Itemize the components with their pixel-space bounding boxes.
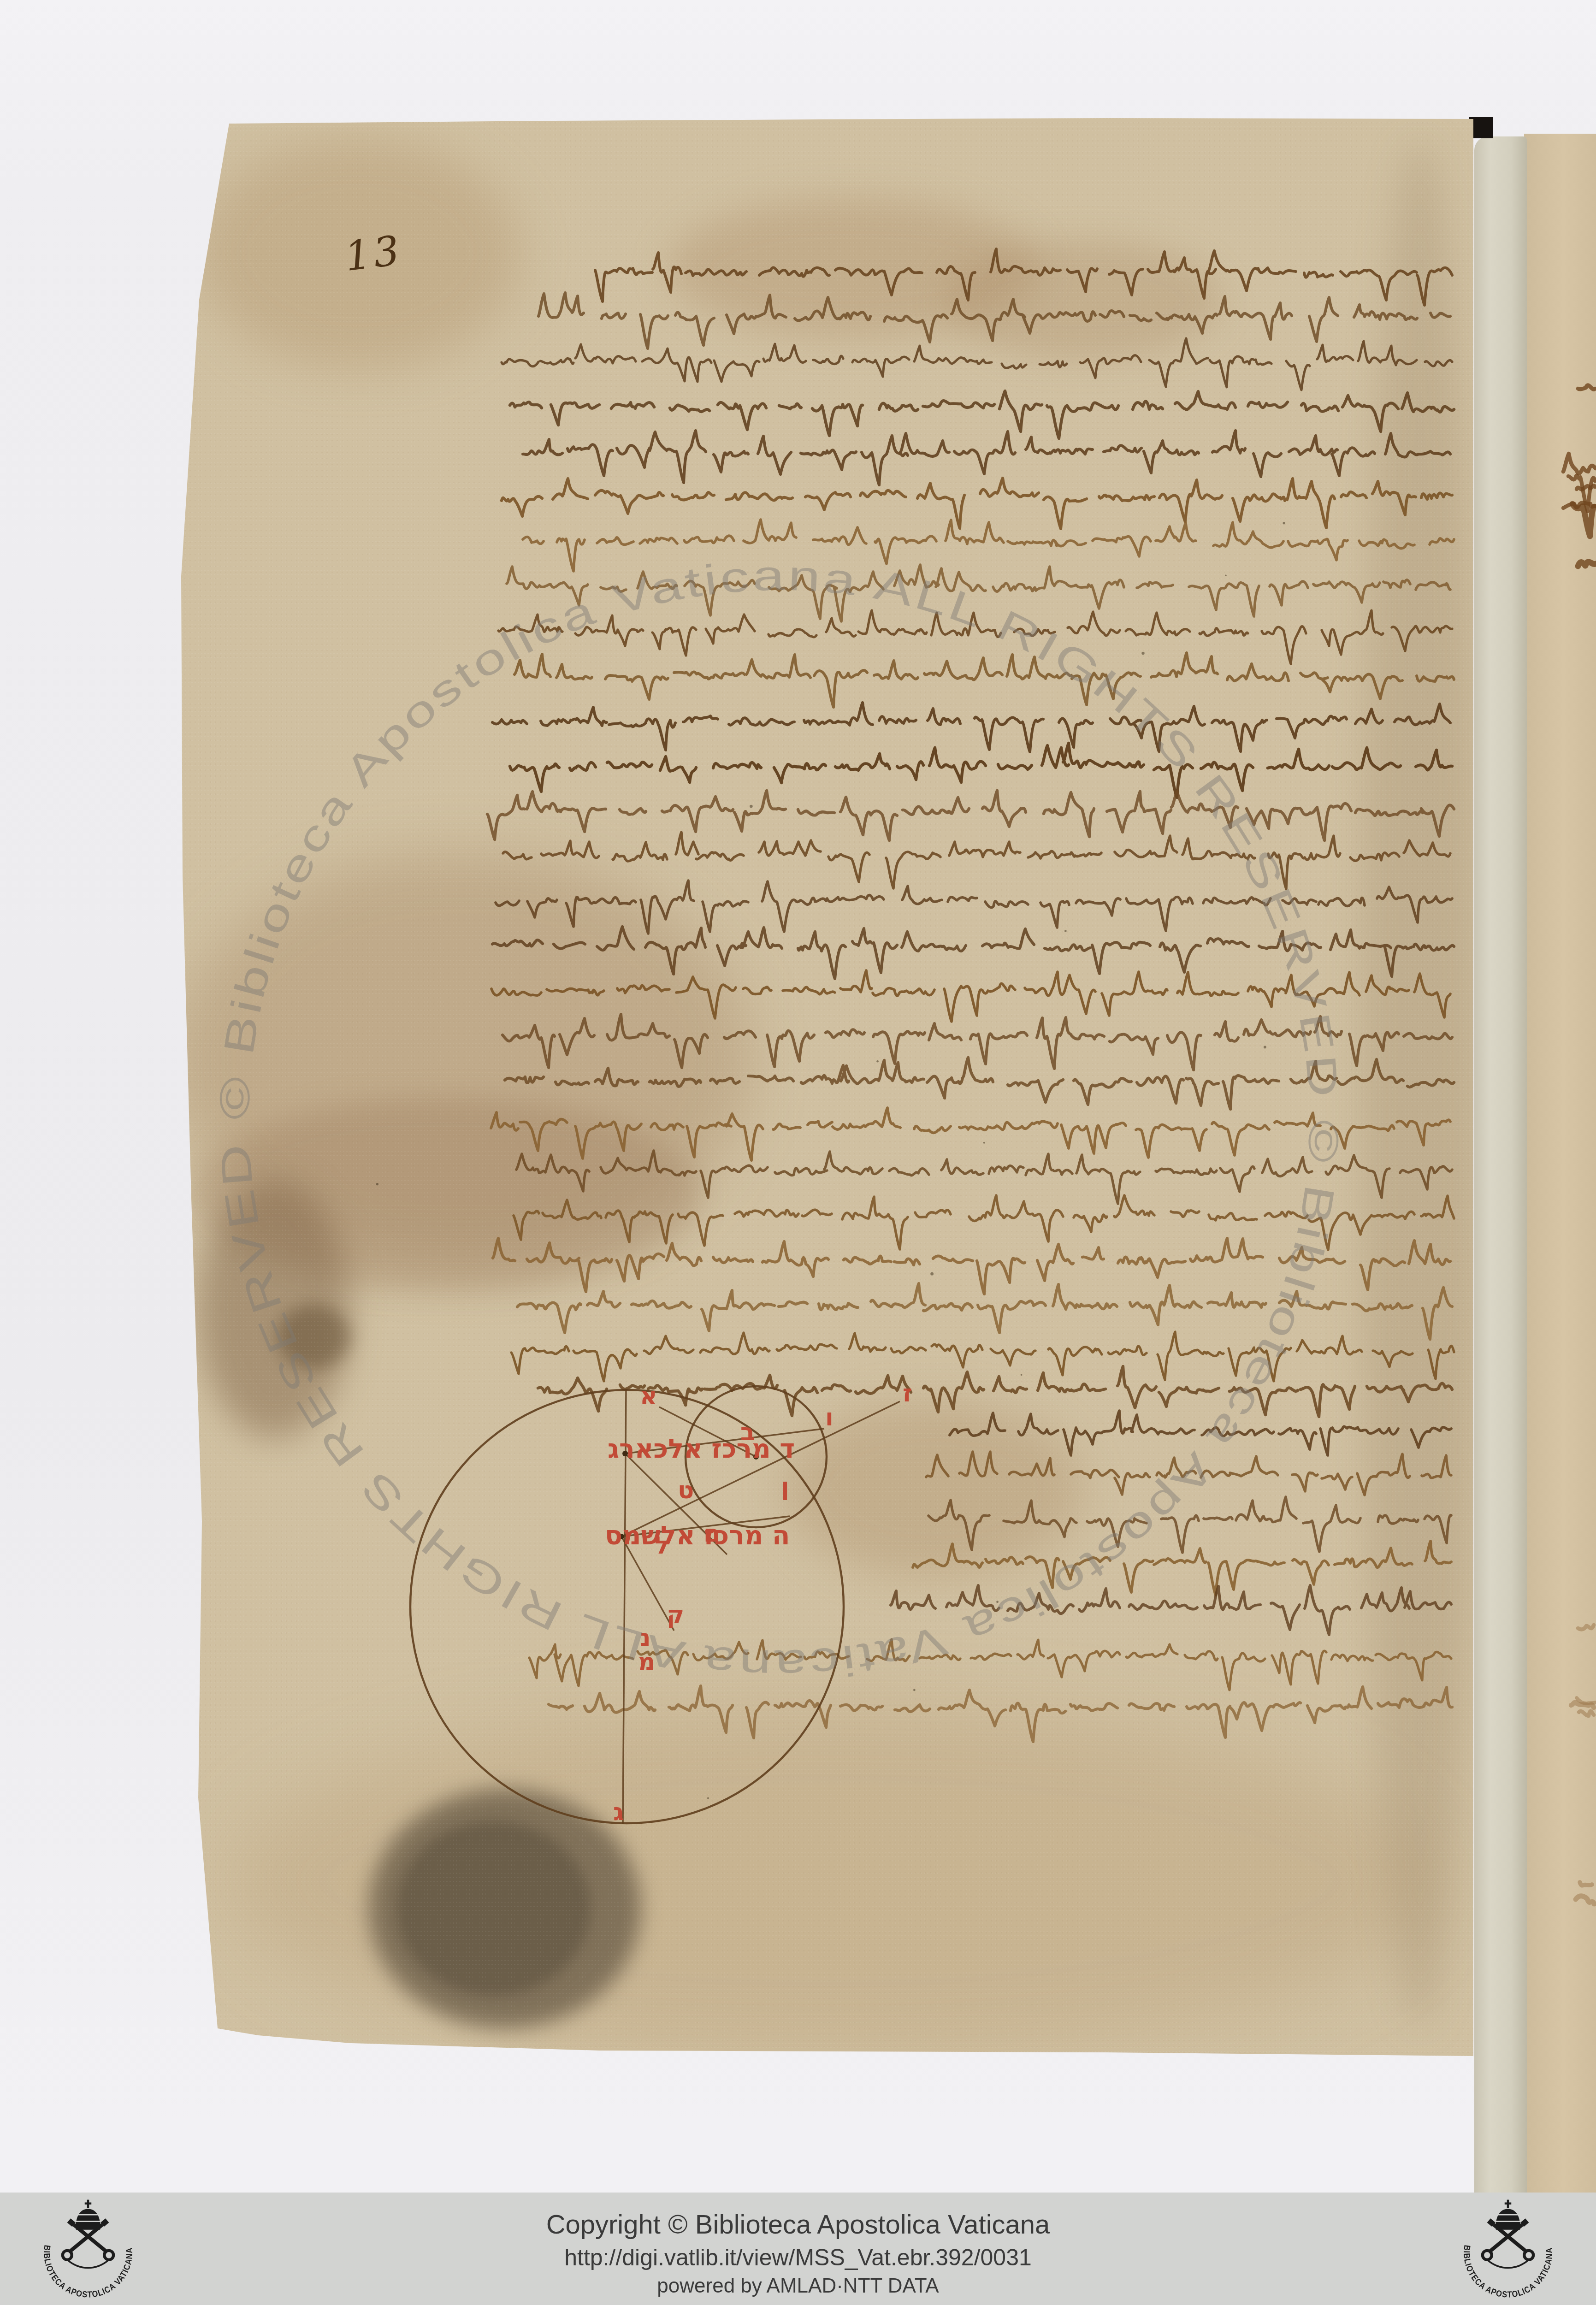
digitized-manuscript-photo: אבוזןטםלקנמג ד מרכז אלכארג ה מרכז אלשמס …	[0, 0, 1596, 2305]
svg-text:BIBLIOTECA APOSTOLICA VATICANA: BIBLIOTECA APOSTOLICA VATICANA	[1461, 2245, 1555, 2300]
footer-band: Copyright © Biblioteca Apostolica Vatica…	[0, 2193, 1596, 2305]
footer-powered-by-text: powered by AMLAD·NTT DATA	[0, 2275, 1596, 2298]
vatican-emblem-icon	[63, 2200, 113, 2268]
logo-arc-text: BIBLIOTECA APOSTOLICA VATICANA	[41, 2245, 135, 2300]
copyright-watermark: © Biblioteca Apostolica Vaticana ALL RIG…	[0, 0, 1596, 2305]
watermark-ring-text: © Biblioteca Apostolica Vaticana ALL RIG…	[211, 552, 1348, 1689]
vatican-emblem-icon	[1483, 2200, 1533, 2268]
svg-text:BIBLIOTECA APOSTOLICA VATICANA: BIBLIOTECA APOSTOLICA VATICANA	[41, 2245, 135, 2300]
vatican-library-logo-left: BIBLIOTECA APOSTOLICA VATICANA	[7, 2198, 169, 2302]
logo-arc-text: BIBLIOTECA APOSTOLICA VATICANA	[1461, 2245, 1555, 2300]
footer-url-text: http://digi.vatlib.it/view/MSS_Vat.ebr.3…	[0, 2244, 1596, 2271]
footer-copyright-text: Copyright © Biblioteca Apostolica Vatica…	[0, 2209, 1596, 2240]
vatican-library-logo-right: BIBLIOTECA APOSTOLICA VATICANA	[1427, 2198, 1589, 2302]
